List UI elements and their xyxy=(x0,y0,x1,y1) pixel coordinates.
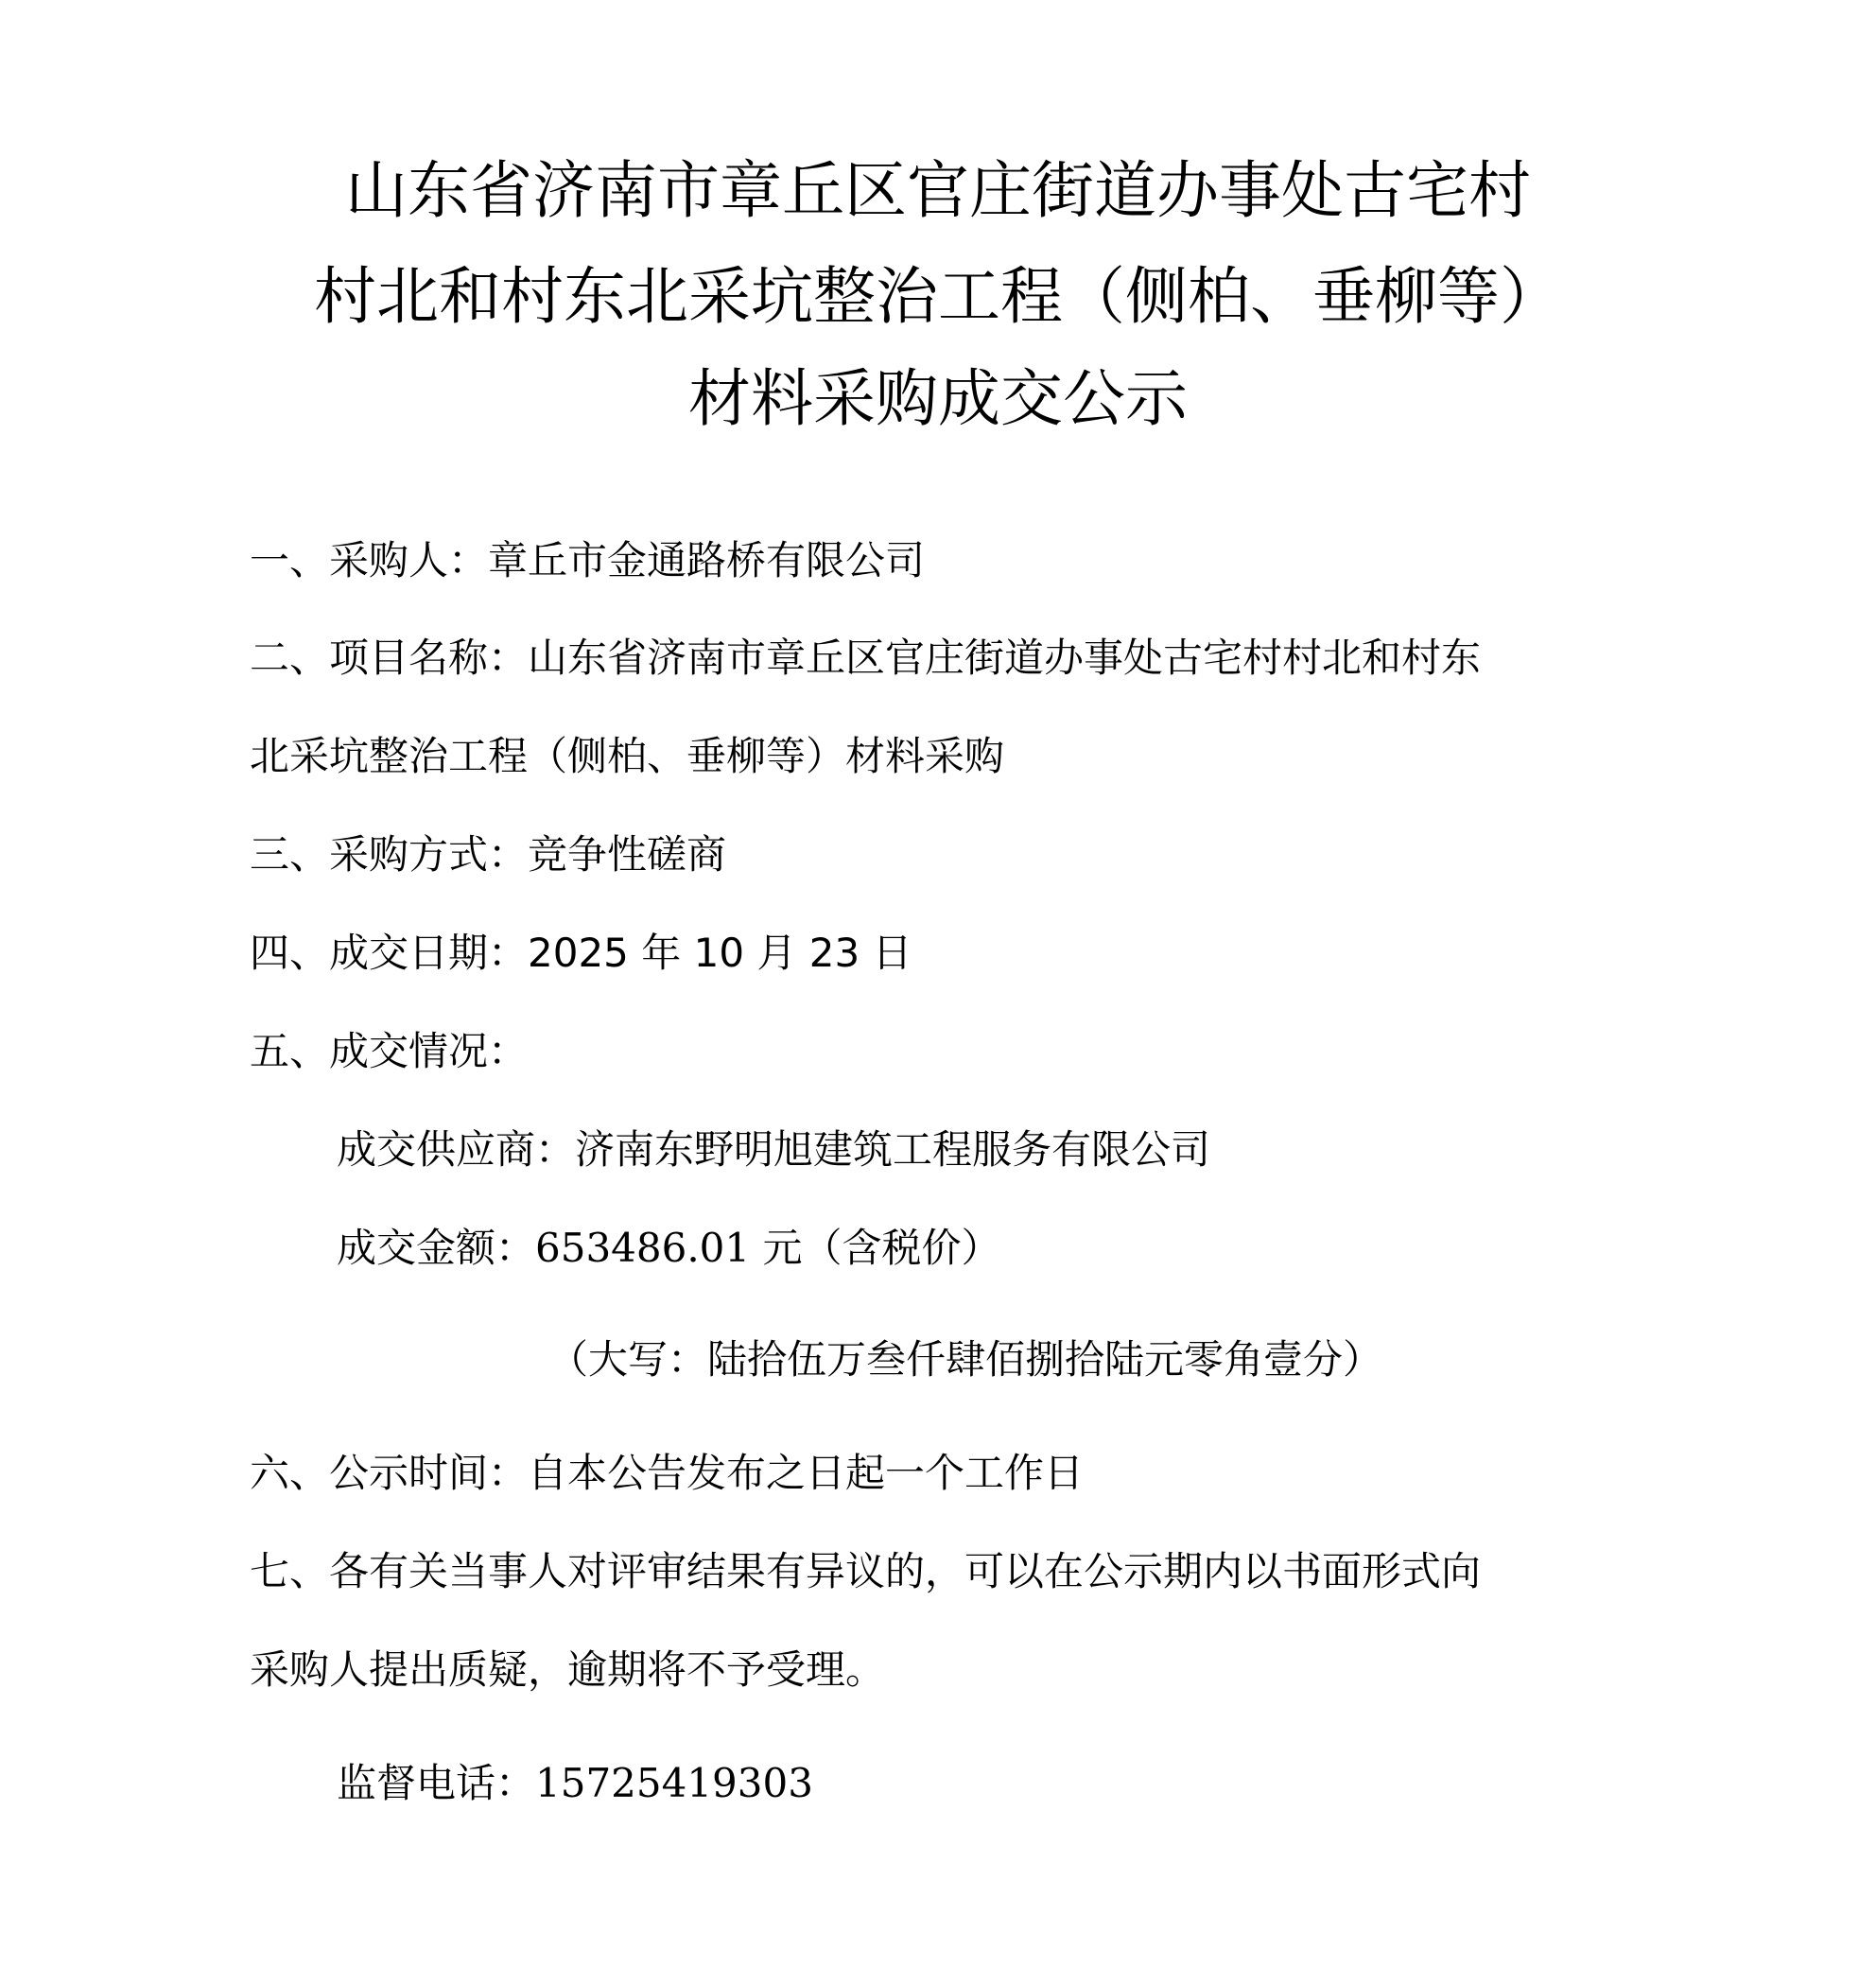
project-name-line-1: 二、项目名称：山东省济南市章丘区官庄街道办事处古宅村村北和村东 xyxy=(250,632,1481,685)
procurement-method-line: 三、采购方式：竞争性磋商 xyxy=(250,828,726,881)
deal-date-label: 四、成交日期： xyxy=(250,930,528,976)
title-line-3: 材料采购成交公示 xyxy=(0,361,1876,437)
deal-status-heading: 五、成交情况： xyxy=(250,1025,528,1078)
deal-date-day-unit: 日 xyxy=(860,930,912,976)
deal-date-month-unit: 月 xyxy=(744,930,809,976)
supervision-phone-line: 监督电话：15725419303 xyxy=(337,1757,813,1810)
deal-date-day: 23 xyxy=(809,930,860,976)
deal-date-year: 2025 xyxy=(528,930,629,976)
objection-line-1: 七、各有关当事人对评审结果有异议的，可以在公示期内以书面形式向 xyxy=(250,1545,1481,1598)
deal-date-year-unit: 年 xyxy=(629,930,694,976)
objection-line-2: 采购人提出质疑，逾期将不予受理。 xyxy=(250,1644,885,1697)
amount-line: 成交金额：653486.01 元（含税价） xyxy=(337,1222,1000,1275)
project-name-line-2: 北采坑整治工程（侧柏、垂柳等）材料采购 xyxy=(250,730,1004,783)
purchaser-line: 一、采购人：章丘市金通路桥有限公司 xyxy=(250,534,925,587)
deal-date-month: 10 xyxy=(694,930,744,976)
deal-date-line: 四、成交日期：2025 年 10 月 23 日 xyxy=(250,927,912,980)
title-line-2: 村北和村东北采坑整治工程（侧柏、垂柳等） xyxy=(0,259,1876,335)
supplier-line: 成交供应商：济南东野明旭建筑工程服务有限公司 xyxy=(337,1123,1210,1176)
notice-period-line: 六、公示时间：自本公告发布之日起一个工作日 xyxy=(250,1447,1084,1500)
amount-in-words-line: （大写：陆拾伍万叁仟肆佰捌拾陆元零角壹分） xyxy=(548,1333,1382,1386)
title-line-1: 山东省济南市章丘区官庄街道办事处古宅村 xyxy=(0,153,1876,229)
